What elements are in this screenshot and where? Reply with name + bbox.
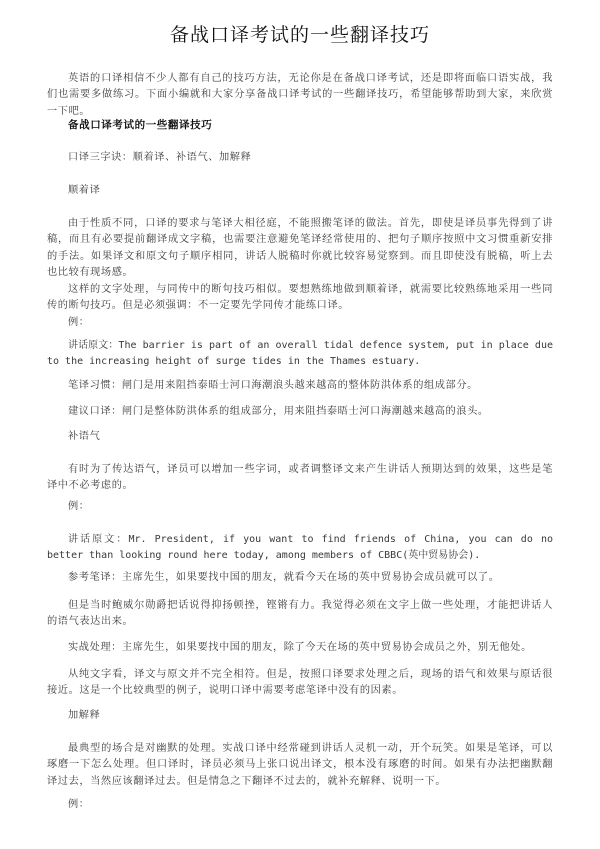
example-suggested-interpretation: 建议口译：闸门是整体防洪体系的组成部分，用来阻挡泰晤士河口海潮越来越高的浪头。 <box>47 404 553 420</box>
example-original: 讲话原文：Mr. President, if you want to find … <box>47 532 553 565</box>
paragraph: 这样的文字处理，与同传中的断句技巧相似。要想熟练地做到顺着译，就需要比较熟练地采… <box>47 282 553 315</box>
example-label: 例： <box>47 797 553 813</box>
intro-paragraph: 英语的口译相信不少人都有自己的技巧方法，无论你是在备战口译考试，还是即将面临口语… <box>47 71 553 120</box>
paragraph: 最典型的场合是对幽默的处理。实战口译中经常碰到讲话人灵机一动，开个玩笑。如果是笔… <box>47 741 553 790</box>
paragraph: 由于性质不同，口译的要求与笔译大相径庭，不能照搬笔译的做法。首先，即使是译员事先… <box>47 216 553 281</box>
section-heading: 备战口译考试的一些翻译技巧 <box>47 117 553 133</box>
example-written-translation: 笔译习惯：闸门是用来阻挡泰晤士河口海潮浪头越来越高的整体防洪体系的组成部分。 <box>47 378 553 394</box>
document-title: 备战口译考试的一些翻译技巧 <box>0 20 600 47</box>
paragraph: 有时为了传达语气，译员可以增加一些字词，或者调整译文来产生讲话人预期达到的效果，… <box>47 462 553 495</box>
example-reference-translation: 参考笔译：主席先生，如果要找中国的朋友，就看今天在场的英中贸易协会成员就可以了。 <box>47 570 553 586</box>
subheading-buyuqi: 补语气 <box>47 429 553 445</box>
paragraph: 从纯文字看，译文与原文并不完全相符。但是，按照口译要求处理之后，现场的语气和效果… <box>47 667 553 700</box>
example-label: 例： <box>47 315 553 331</box>
subheading-shunzheyi: 顺着译 <box>47 183 553 199</box>
example-original: 讲话原文：The barrier is part of an overall t… <box>47 338 553 371</box>
paragraph-three-tips: 口译三字诀：顺着译、补语气、加解释 <box>47 150 553 166</box>
subheading-jiajieshi: 加解释 <box>47 708 553 724</box>
example-label: 例： <box>47 499 553 515</box>
paragraph: 但是当时鲍威尔勋爵把话说得抑扬顿挫，铿锵有力。我觉得必须在文字上做一些处理，才能… <box>47 598 553 631</box>
example-practical-handling: 实战处理：主席先生，如果要找中国的朋友，除了今天在场的英中贸易协会成员之外，别无… <box>47 640 553 656</box>
